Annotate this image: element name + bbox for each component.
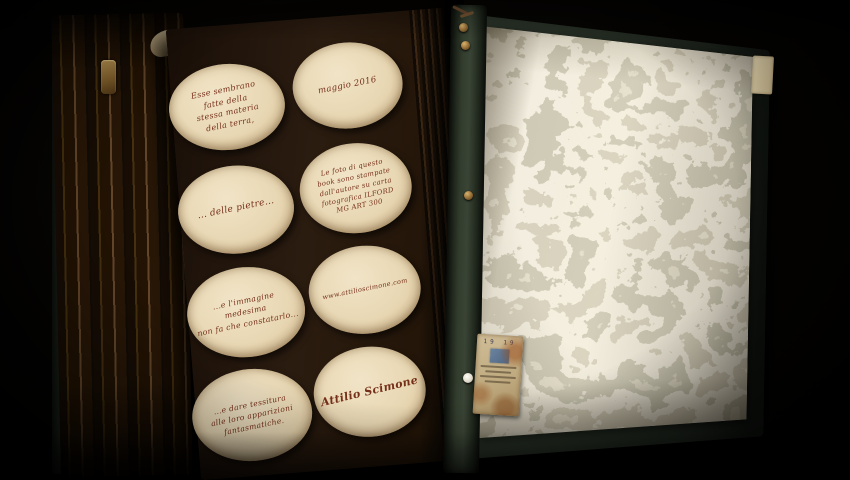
bookplate-label: 19 19 [473, 334, 524, 417]
blue-stamp [489, 348, 509, 363]
handwritten-note: ... delle pietre... [197, 195, 276, 223]
note-line: maggio 2016 [317, 74, 378, 98]
oval-label-3: ... delle pietre... [175, 161, 298, 258]
faded-print-line [480, 365, 516, 369]
paper-tab [751, 55, 774, 94]
handwritten-note: Le foto di questo book sono stampate dal… [314, 157, 397, 220]
faded-print-line [485, 370, 511, 374]
note-line: ... delle pietre... [197, 195, 276, 223]
handwritten-note: maggio 2016 [317, 74, 378, 98]
brass-clasp [101, 60, 116, 94]
oval-label-4: Le foto di questo book sono stampate dal… [296, 139, 415, 238]
signature: Attilio Scimone [320, 372, 420, 411]
handwritten-note: ...e l'immagine medesima non fa che cons… [192, 285, 300, 339]
pearl-button [463, 373, 473, 383]
faded-print-line [485, 380, 511, 384]
oval-label-1: Esse sembrano fatte della stessa materia… [166, 60, 288, 155]
brass-stud [461, 41, 470, 50]
oval-label-6: www.attilioscimone.com [305, 242, 424, 339]
album-photograph: Esse sembrano fatte della stessa materia… [0, 0, 850, 480]
oval-label-2: maggio 2016 [289, 38, 405, 132]
bookplate-digits: 19 19 [477, 338, 523, 348]
oval-label-7: ...e dare tessitura alle loro apparizion… [189, 364, 316, 465]
handwritten-note: www.attilioscimone.com [321, 277, 408, 304]
note-line: Attilio Scimone [320, 372, 420, 411]
faded-print-line [480, 375, 516, 379]
oval-label-5: ...e l'immagine medesima non fa che cons… [184, 263, 309, 362]
brass-stud [459, 23, 468, 32]
handwritten-note: ...e dare tessitura alle loro apparizion… [208, 391, 296, 440]
handwritten-note: Esse sembrano fatte della stessa materia… [190, 78, 263, 136]
note-line: www.attilioscimone.com [321, 277, 408, 304]
brass-stud [464, 191, 473, 200]
oval-label-8: Attilio Scimone [310, 342, 429, 441]
